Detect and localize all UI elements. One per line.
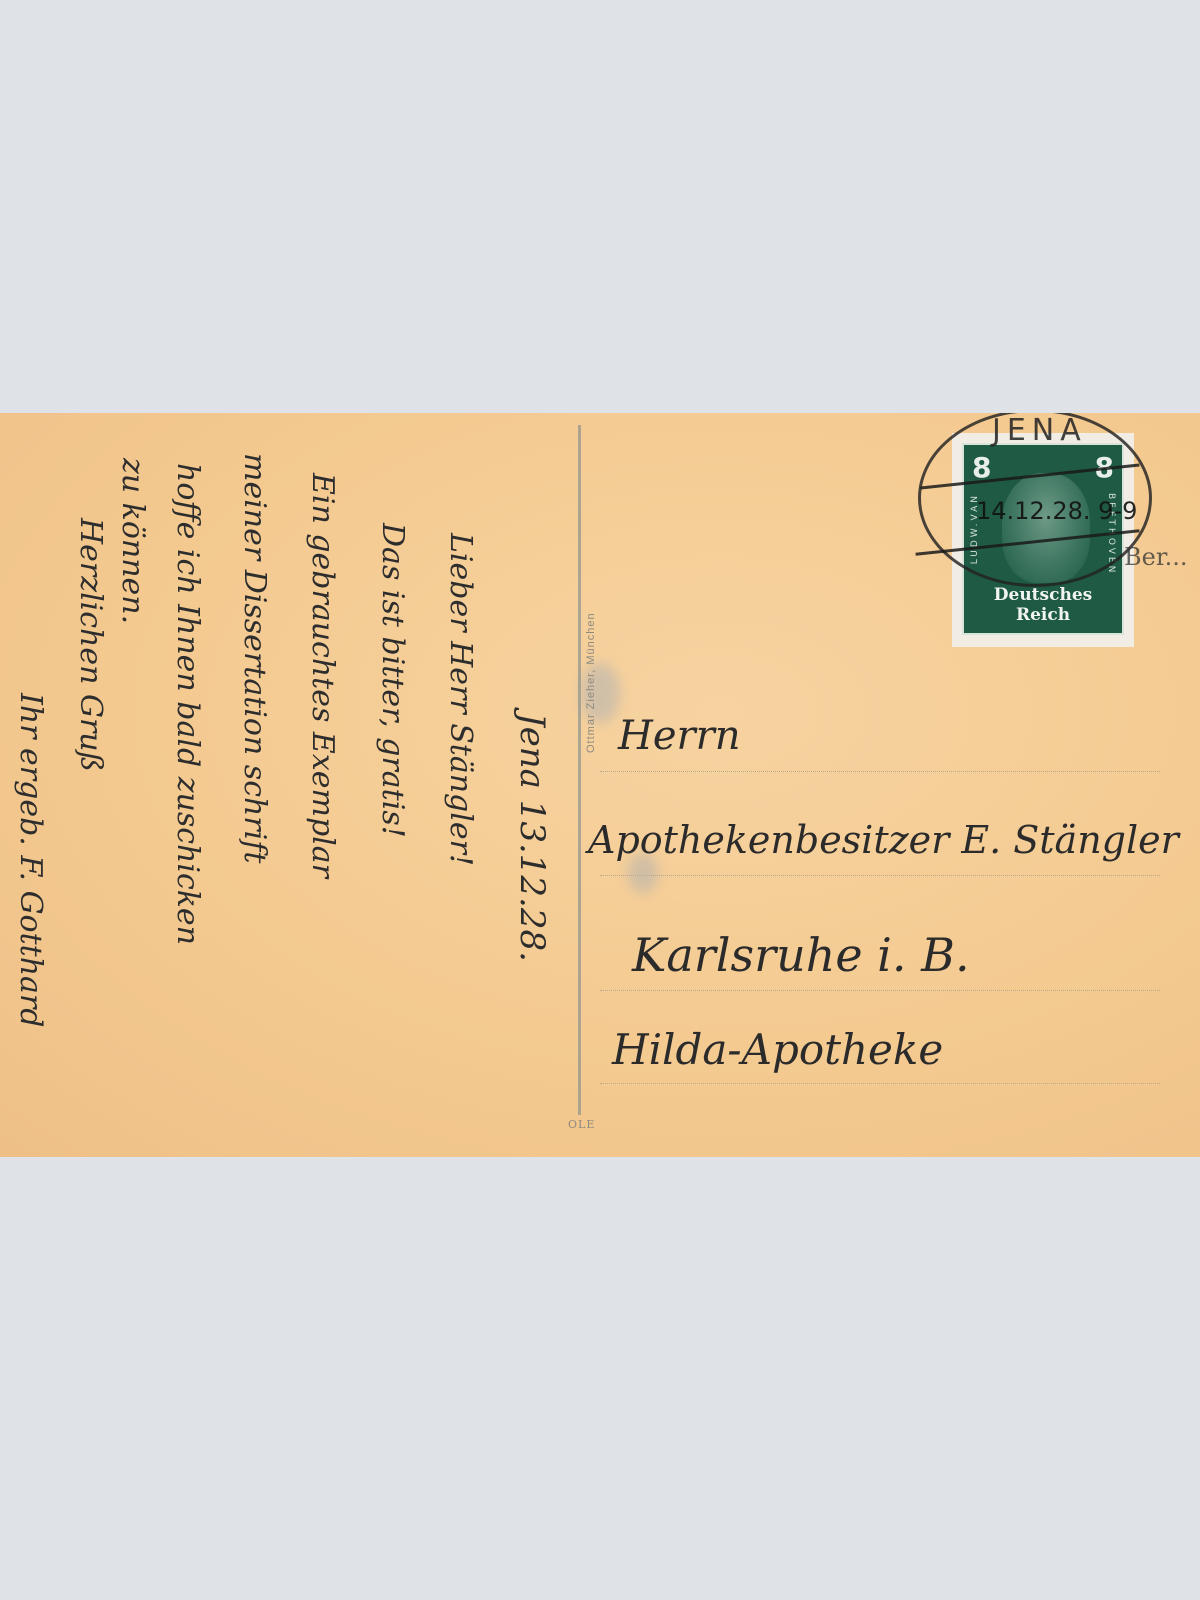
message-line: Ein gebrauchtes Exemplar: [305, 473, 340, 878]
publisher-imprint: Ottmar Zieher, München: [585, 612, 597, 753]
message-line: Das ist bitter, gratis!: [375, 523, 410, 838]
postmark-date: 14.12.28. 9-9: [976, 497, 1137, 525]
stamp-country: Deutsches Reich: [964, 585, 1122, 625]
address-line-1: Apothekenbesitzer E. Stängler: [588, 818, 1179, 862]
address-salutation: Herrn: [618, 713, 741, 759]
message-line: meiner Dissertation schrift: [237, 453, 272, 863]
message-line: Lieber Herr Stängler!: [443, 533, 478, 866]
address-rule: [600, 1083, 1160, 1084]
postmark-town: JENA: [992, 413, 1087, 448]
message-line: zu können.: [115, 458, 150, 624]
card-divider: [578, 425, 581, 1115]
message-signature: Ihr ergeb. F. Gotthard: [13, 693, 48, 1027]
postmark-slogan: Ber...: [1124, 543, 1188, 571]
address-line-3: Hilda-Apotheke: [612, 1025, 943, 1074]
message-date: Jena 13.12.28.: [512, 713, 552, 962]
message-line: hoffe ich Ihnen bald zuschicken: [170, 463, 205, 945]
address-rule: [600, 875, 1160, 876]
postcard: Jena 13.12.28. Lieber Herr Stängler! Das…: [0, 413, 1200, 1157]
address-rule: [600, 771, 1160, 772]
card-code: OLE: [568, 1118, 595, 1131]
message-line: Herzlichen Gruß: [73, 518, 108, 772]
address-line-2: Karlsruhe i. B.: [632, 928, 970, 982]
address-rule: [600, 990, 1160, 991]
